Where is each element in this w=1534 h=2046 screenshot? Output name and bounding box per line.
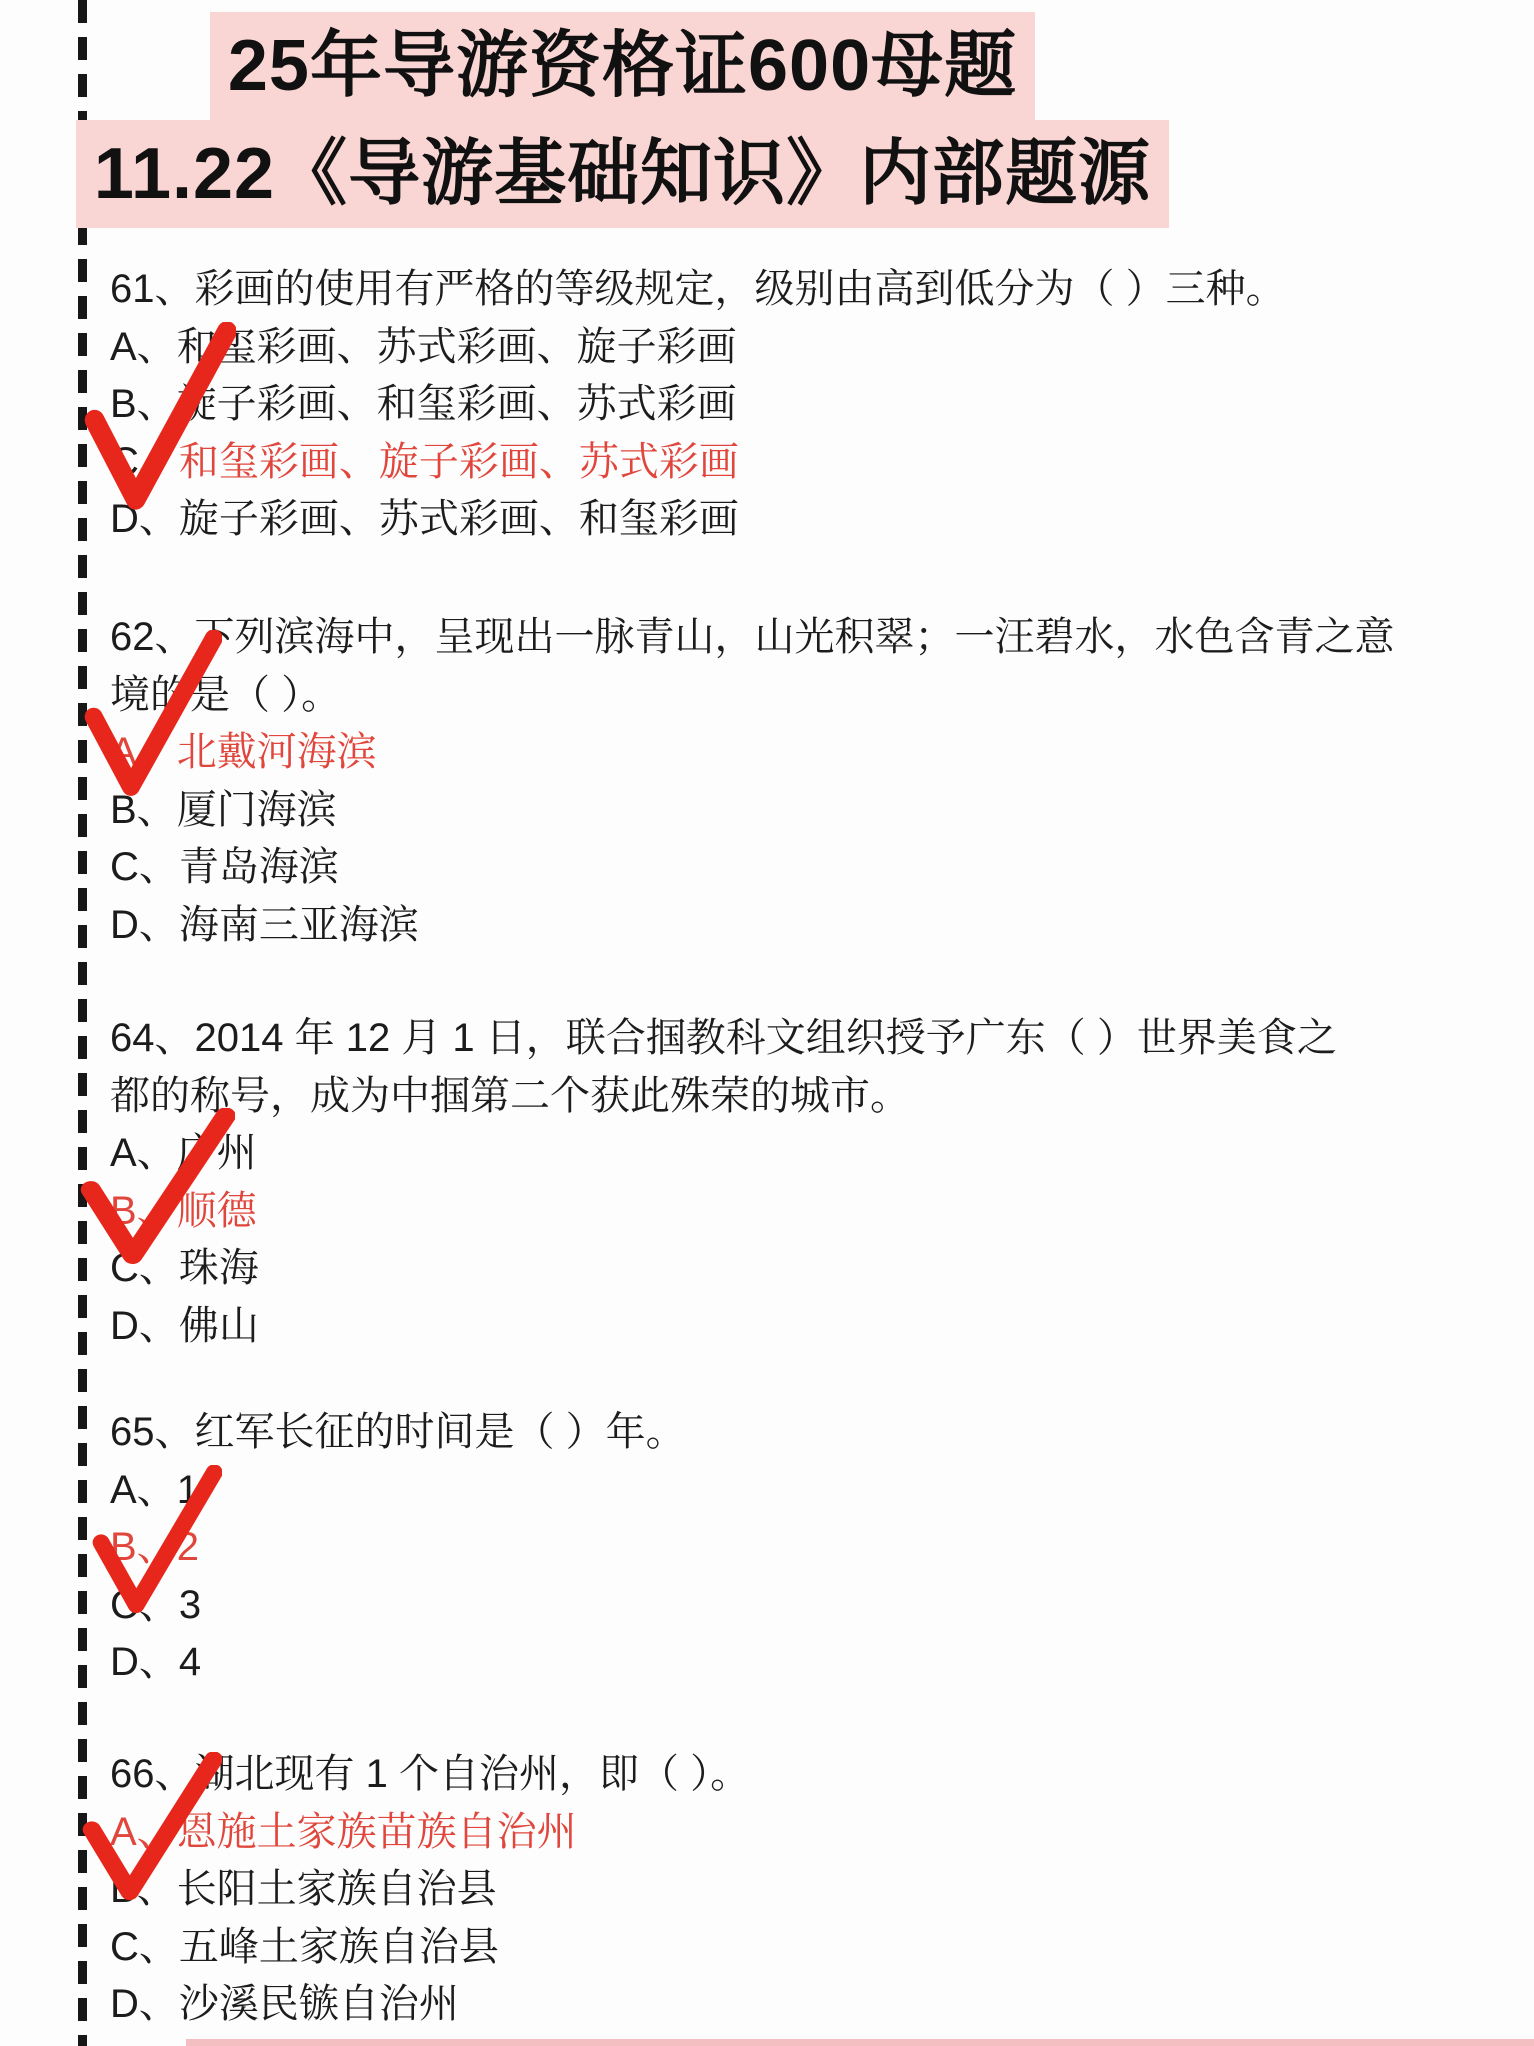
question-66-option-a-correct: A、恩施土家族苗族自治州 — [110, 1804, 1420, 1862]
page-title-line1: 25年导游资格证600母题 — [210, 12, 1035, 120]
question-61-option-c-correct: C、和玺彩画、旋子彩画、苏式彩画 — [110, 434, 1420, 492]
margin-field-name: 姓名 — [0, 740, 2, 1057]
question-61-option-b: B、旋子彩画、和玺彩画、苏式彩画 — [110, 376, 1420, 434]
page-title-line2: 11.22《导游基础知识》内部题源 — [76, 120, 1169, 228]
question-66-option-c: C、五峰土家族自治县 — [110, 1919, 1420, 1977]
question-62-option-d: D、海南三亚海滨 — [110, 897, 1420, 955]
question-64-option-b-correct: B、顺德 — [110, 1183, 1420, 1241]
question-61-stem: 61、彩画的使用有严格的等级规定，级别由高到低分为（ ）三种。 — [110, 261, 1420, 319]
question-61: 61、彩画的使用有严格的等级规定，级别由高到低分为（ ）三种。 A、和玺彩画、苏… — [110, 261, 1420, 549]
question-65: 65、红军长征的时间是（ ）年。 A、1 B、2 C、3 D、4 — [110, 1404, 1420, 1692]
question-62: 62、下列滨海中，呈现出一脉青山，山光积翠；一汪碧水，水色含青之意 境的是（ ）… — [110, 609, 1420, 954]
question-66: 66、湖北现有 1 个自治州，即（ ）。 A、恩施土家族苗族自治州 B、长阳土家… — [110, 1746, 1420, 2034]
question-65-option-d: D、4 — [110, 1634, 1420, 1692]
question-62-stem: 62、下列滨海中，呈现出一脉青山，山光积翠；一汪碧水，水色含青之意 境的是（ ）… — [110, 609, 1420, 724]
question-64-stem: 64、2014 年 12 月 1 日，联合掴教科文组织授予广东（ ）世界美食之 … — [110, 1010, 1420, 1125]
exam-sheet-page: 准考证号 姓名 考场号 25年导游资格证600母题 11.22《导游基础知识》内… — [0, 0, 1534, 2046]
question-66-option-b: B、长阳土家族自治县 — [110, 1861, 1420, 1919]
question-61-option-a: A、和玺彩画、苏式彩画、旋子彩画 — [110, 319, 1420, 377]
question-66-option-d: D、沙溪民镞自治州 — [110, 1976, 1420, 2034]
question-65-stem: 65、红军长征的时间是（ ）年。 — [110, 1404, 1420, 1462]
bottom-pink-strip — [186, 2039, 1534, 2046]
question-61-option-d: D、旋子彩画、苏式彩画、和玺彩画 — [110, 491, 1420, 549]
question-62-option-c: C、青岛海滨 — [110, 839, 1420, 897]
binding-dashed-line — [78, 0, 87, 2046]
question-62-option-a-correct: A、北戴河海滨 — [110, 724, 1420, 782]
question-65-option-a: A、1 — [110, 1462, 1420, 1520]
page-title: 25年导游资格证600母题 11.22《导游基础知识》内部题源 — [0, 12, 1245, 228]
question-66-stem: 66、湖北现有 1 个自治州，即（ ）。 — [110, 1746, 1420, 1804]
question-64-option-c: C、珠海 — [110, 1240, 1420, 1298]
question-64: 64、2014 年 12 月 1 日，联合掴教科文组织授予广东（ ）世界美食之 … — [110, 1010, 1420, 1355]
question-65-option-b-correct: B、2 — [110, 1519, 1420, 1577]
question-64-option-d: D、佛山 — [110, 1298, 1420, 1356]
question-64-option-a: A、广州 — [110, 1125, 1420, 1183]
margin-field-room-number: 考场号 — [0, 1393, 2, 1740]
question-62-option-b: B、厦门海滨 — [110, 782, 1420, 840]
question-65-option-c: C、3 — [110, 1577, 1420, 1635]
